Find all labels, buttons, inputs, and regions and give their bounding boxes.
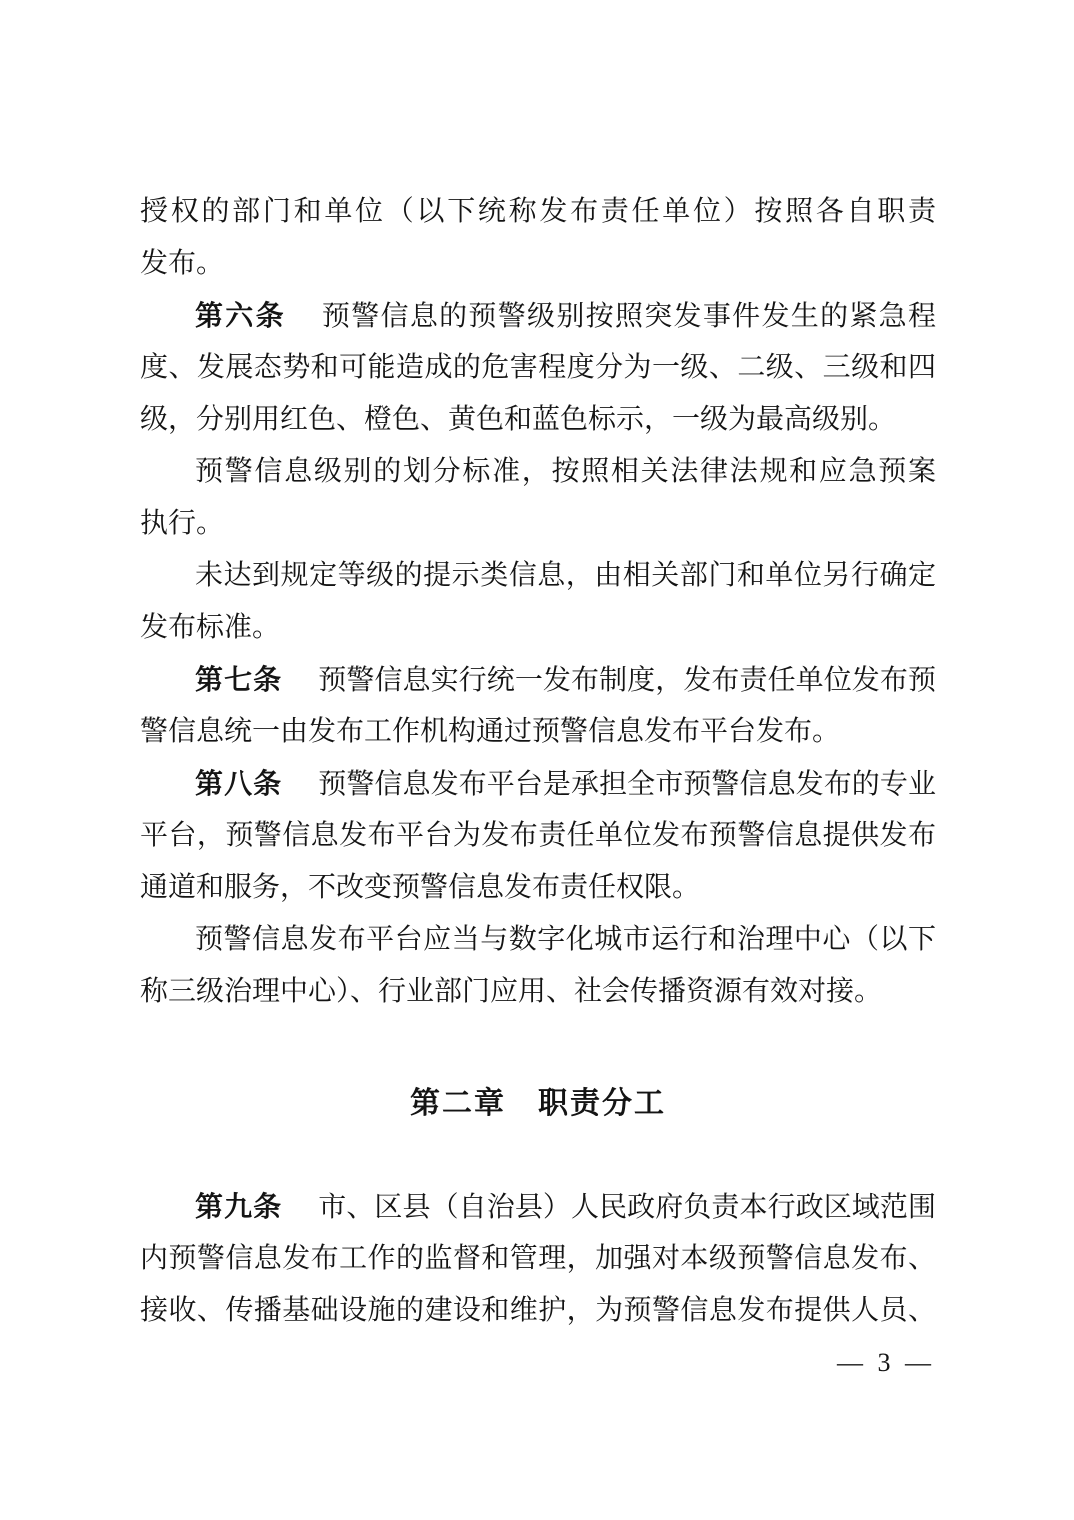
- line-text: 通道和服务，不改变预警信息发布责任权限。: [140, 872, 700, 903]
- article-6-label: 第六条: [195, 300, 286, 331]
- body-line: 未达到规定等级的提示类信息，由相关部门和单位另行确定: [140, 550, 936, 602]
- body-line: 接收、传播基础设施的建设和维护，为预警信息发布提供人员、: [140, 1285, 936, 1337]
- line-text: 预警信息发布平台应当与数字化城市运行和治理中心（以下: [195, 924, 936, 955]
- line-text: 平台，预警信息发布平台为发布责任单位发布预警信息提供发布: [140, 820, 936, 851]
- body-line: 第七条预警信息实行统一发布制度，发布责任单位发布预: [140, 654, 936, 706]
- line-text: 执行。: [140, 508, 224, 539]
- line-text: 未达到规定等级的提示类信息，由相关部门和单位另行确定: [195, 560, 936, 591]
- line-text: 市、区县（自治县）人民政府负责本行政区域范围: [318, 1192, 936, 1223]
- body-line: 通道和服务，不改变预警信息发布责任权限。: [140, 862, 936, 914]
- line-text: 发布。: [140, 248, 224, 279]
- body-line: 平台，预警信息发布平台为发布责任单位发布预警信息提供发布: [140, 810, 936, 862]
- body-line: 第九条市、区县（自治县）人民政府负责本行政区域范围: [140, 1181, 936, 1233]
- line-text: 预警信息实行统一发布制度，发布责任单位发布预: [318, 665, 936, 696]
- page-number: — 3 —: [837, 1348, 935, 1378]
- body-line: 第六条预警信息的预警级别按照突发事件发生的紧急程: [140, 290, 936, 342]
- document-body: 授权的部门和单位（以下统称发布责任单位）按照各自职责 发布。 第六条预警信息的预…: [140, 186, 936, 1337]
- line-text: 级，分别用红色、橙色、黄色和蓝色标示，一级为最高级别。: [140, 404, 896, 435]
- body-line: 授权的部门和单位（以下统称发布责任单位）按照各自职责: [140, 186, 936, 238]
- line-text: 预警信息的预警级别按照突发事件发生的紧急程: [322, 301, 936, 332]
- chapter-heading: 第二章 职责分工: [140, 1078, 936, 1130]
- body-line: 执行。: [140, 498, 936, 550]
- article-8-label: 第八条: [195, 768, 282, 799]
- line-text: 内预警信息发布工作的监督和管理，加强对本级预警信息发布、: [140, 1243, 936, 1274]
- line-text: 预警信息级别的划分标准，按照相关法律法规和应急预案: [195, 456, 936, 487]
- line-text: 称三级治理中心）、行业部门应用、社会传播资源有效对接。: [140, 976, 882, 1007]
- article-7-label: 第七条: [195, 664, 282, 695]
- body-line: 称三级治理中心）、行业部门应用、社会传播资源有效对接。: [140, 966, 936, 1018]
- line-text: 警信息统一由发布工作机构通过预警信息发布平台发布。: [140, 716, 840, 747]
- body-line: 警信息统一由发布工作机构通过预警信息发布平台发布。: [140, 706, 936, 758]
- body-line: 预警信息级别的划分标准，按照相关法律法规和应急预案: [140, 446, 936, 498]
- line-text: 发布标准。: [140, 612, 280, 643]
- line-text: 授权的部门和单位（以下统称发布责任单位）按照各自职责: [140, 196, 936, 227]
- line-text: 接收、传播基础设施的建设和维护，为预警信息发布提供人员、: [140, 1295, 936, 1326]
- body-line: 级，分别用红色、橙色、黄色和蓝色标示，一级为最高级别。: [140, 394, 936, 446]
- body-line: 发布。: [140, 238, 936, 290]
- document-page: 授权的部门和单位（以下统称发布责任单位）按照各自职责 发布。 第六条预警信息的预…: [0, 0, 1074, 1520]
- body-line: 发布标准。: [140, 602, 936, 654]
- line-text: 预警信息发布平台是承担全市预警信息发布的专业: [318, 769, 936, 800]
- spacer: [140, 1130, 936, 1181]
- body-line: 内预警信息发布工作的监督和管理，加强对本级预警信息发布、: [140, 1233, 936, 1285]
- body-line: 第八条预警信息发布平台是承担全市预警信息发布的专业: [140, 758, 936, 810]
- body-line: 预警信息发布平台应当与数字化城市运行和治理中心（以下: [140, 914, 936, 966]
- line-text: 度、发展态势和可能造成的危害程度分为一级、二级、三级和四: [140, 352, 936, 383]
- article-9-label: 第九条: [195, 1191, 282, 1222]
- body-line: 度、发展态势和可能造成的危害程度分为一级、二级、三级和四: [140, 342, 936, 394]
